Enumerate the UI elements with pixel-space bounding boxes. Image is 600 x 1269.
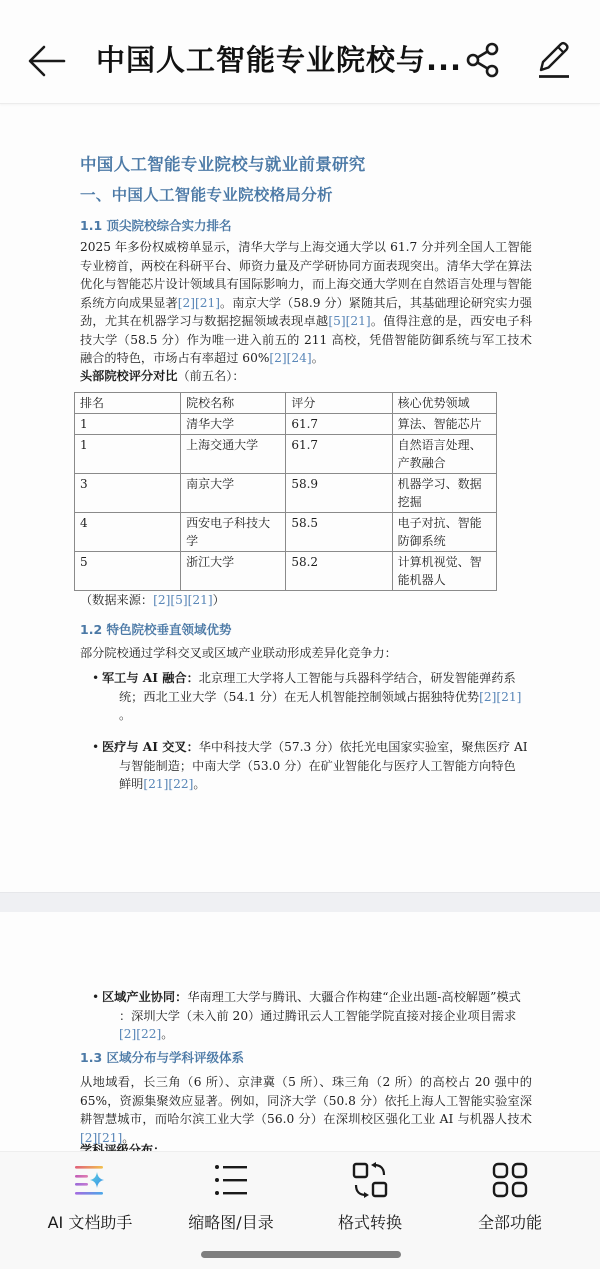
table-row: 3 南京大学 58.9 机器学习、数据挖掘 <box>75 474 497 513</box>
bullet-line: 统；西北工业大学（54.1 分）在无人机智能控制领域占据独特优势[2][21] <box>92 688 532 707</box>
subsection-heading-1-1: 1.1 顶尖院校综合实力排名 <box>80 216 232 234</box>
cell-strength: 计算机视觉、智能机器人 <box>392 552 496 591</box>
bullet-item-regional: • 区域产业协同：华南理工大学与腾讯、大疆合作构建“企业出题-高校解题”模式 ：… <box>92 988 532 1044</box>
table-row: 1 上海交通大学 61.7 自然语言处理、产教融合 <box>75 435 497 474</box>
cell-rank: 1 <box>75 414 181 435</box>
citation-link[interactable]: [2][24] <box>269 351 311 365</box>
citation-link[interactable]: [2][21] <box>479 690 521 704</box>
bullet-line: 医疗与 AI 交叉：华中科技大学（57.3 分）依托光电国家实验室，聚焦医疗 A… <box>92 738 532 757</box>
header-score: 评分 <box>286 393 392 414</box>
table-caption-bold: 头部院校评分对比 <box>80 369 178 383</box>
bullet-label: 区域产业协同： <box>102 990 187 1004</box>
citation-link[interactable]: [21][22] <box>143 777 193 791</box>
bullet-line: 军工与 AI 融合：北京理工大学将人工智能与兵器科学结合，研发智能弹药系 <box>92 669 532 688</box>
citation-link[interactable]: [2][22] <box>119 1027 161 1041</box>
list-icon <box>213 1162 249 1198</box>
citation-link[interactable]: [5][21] <box>328 314 370 328</box>
cell-school: 上海交通大学 <box>181 435 286 474</box>
bullet-text: 统；西北工业大学（54.1 分）在无人机智能控制领域占据独特优势 <box>119 690 479 704</box>
page-separator <box>0 892 600 913</box>
header-rank: 排名 <box>75 393 181 414</box>
paragraph-text: 从地域看，长三角（6 所）、京津冀（5 所）、珠三角（2 所）的高校占 20 强… <box>80 1075 532 1126</box>
cell-score: 58.2 <box>286 552 392 591</box>
thumbnail-toc-label: 缩略图/目录 <box>156 1210 306 1233</box>
header-strength: 核心优势领域 <box>392 393 496 414</box>
cell-strength: 自然语言处理、产教融合 <box>392 435 496 474</box>
share-icon <box>464 40 504 80</box>
bullet-text: ：深圳大学（未入前 20）通过腾讯云人工智能学院直接对接企业项目需求 <box>92 1007 532 1026</box>
cell-school: 浙江大学 <box>181 552 286 591</box>
cell-strength: 电子对抗、智能防御系统 <box>392 513 496 552</box>
ai-assistant-icon <box>72 1162 108 1198</box>
cell-score: 58.5 <box>286 513 392 552</box>
bullet-text: 。 <box>161 1027 173 1041</box>
table-source: （数据来源：[2][5][21]） <box>80 591 532 610</box>
bullet-dot: • <box>92 988 99 1007</box>
bullet-text: 鲜明 <box>119 777 143 791</box>
ai-assistant-button[interactable]: AI 文档助手 <box>15 1162 165 1242</box>
source-suffix: ） <box>213 593 225 607</box>
table-row: 1 清华大学 61.7 算法、智能芯片 <box>75 414 497 435</box>
table-caption: 头部院校评分对比（前五名）： <box>80 367 532 386</box>
bullet-dot: • <box>92 738 99 757</box>
cell-strength: 算法、智能芯片 <box>392 414 496 435</box>
paragraph-intro: 部分院校通过学科交叉或区域产业联动形成差异化竞争力： <box>80 644 532 663</box>
top-app-bar: 中国人工智能专业院校与... <box>0 0 600 104</box>
ai-assistant-label: AI 文档助手 <box>15 1210 165 1233</box>
pencil-icon <box>536 40 574 80</box>
bullet-text: 。 <box>193 777 205 791</box>
all-functions-label: 全部功能 <box>435 1210 585 1233</box>
cell-rank: 3 <box>75 474 181 513</box>
citation-link[interactable]: [2][21] <box>178 296 220 310</box>
cell-school: 清华大学 <box>181 414 286 435</box>
cell-rank: 5 <box>75 552 181 591</box>
bullet-text: 北京理工大学将人工智能与兵器科学结合，研发智能弹药系 <box>199 671 516 685</box>
edit-button[interactable] <box>536 40 574 80</box>
bullet-label: 军工与 AI 融合： <box>102 671 199 685</box>
format-convert-button[interactable]: 格式转换 <box>295 1162 445 1242</box>
table-row: 4 西安电子科技大学 58.5 电子对抗、智能防御系统 <box>75 513 497 552</box>
bullet-text: 华南理工大学与腾讯、大疆合作构建“企业出题-高校解题”模式 <box>187 990 520 1004</box>
doc-main-title: 中国人工智能专业院校与就业前景研究 <box>80 151 366 175</box>
paragraph-text: 。 <box>312 351 324 365</box>
document-title: 中国人工智能专业院校与... <box>96 38 466 79</box>
all-functions-button[interactable]: 全部功能 <box>435 1162 585 1242</box>
cell-rank: 4 <box>75 513 181 552</box>
paragraph-ranking: 2025 年多份权威榜单显示，清华大学与上海交通大学以 61.7 分并列全国人工… <box>80 238 532 368</box>
bottom-toolbar: AI 文档助手 缩略图/目录 格式转换 全部功能 <box>0 1151 600 1269</box>
bullet-line: 鲜明[21][22]。 <box>92 775 532 794</box>
subsection-heading-1-3: 1.3 区域分布与学科评级体系 <box>80 1048 244 1066</box>
section-heading-1: 一、中国人工智能专业院校格局分析 <box>80 183 333 205</box>
table-header-row: 排名 院校名称 评分 核心优势领域 <box>75 393 497 414</box>
subsection-heading-1-2: 1.2 特色院校垂直领域优势 <box>80 620 232 638</box>
bullet-text: 与智能制造；中南大学（53.0 分）在矿业智能化与医疗人工智能方向特色 <box>92 757 532 776</box>
header-school: 院校名称 <box>181 393 286 414</box>
cell-school: 南京大学 <box>181 474 286 513</box>
source-prefix: （数据来源： <box>80 593 153 607</box>
bullet-text: 。 <box>92 706 532 725</box>
citation-link[interactable]: [2][5][21] <box>153 593 213 607</box>
bullet-label: 医疗与 AI 交叉： <box>102 740 199 754</box>
thumbnail-toc-button[interactable]: 缩略图/目录 <box>156 1162 306 1242</box>
cell-score: 61.7 <box>286 435 392 474</box>
grid-icon <box>492 1162 528 1198</box>
table-row: 5 浙江大学 58.2 计算机视觉、智能机器人 <box>75 552 497 591</box>
share-button[interactable] <box>464 40 504 80</box>
bullet-line: [2][22]。 <box>92 1025 532 1044</box>
back-button[interactable] <box>26 40 68 82</box>
cell-score: 61.7 <box>286 414 392 435</box>
bullet-item-medical: • 医疗与 AI 交叉：华中科技大学（57.3 分）依托光电国家实验室，聚焦医疗… <box>92 738 532 794</box>
cell-school: 西安电子科技大学 <box>181 513 286 552</box>
bullet-text: 华中科技大学（57.3 分）依托光电国家实验室，聚焦医疗 AI <box>199 740 528 754</box>
bullet-line: 区域产业协同：华南理工大学与腾讯、大疆合作构建“企业出题-高校解题”模式 <box>92 988 532 1007</box>
cell-strength: 机器学习、数据挖掘 <box>392 474 496 513</box>
home-indicator[interactable] <box>201 1251 401 1258</box>
convert-icon <box>352 1162 388 1198</box>
bullet-dot: • <box>92 669 99 688</box>
table-caption-rest: （前五名）： <box>178 369 245 383</box>
paragraph-regional: 从地域看，长三角（6 所）、京津冀（5 所）、珠三角（2 所）的高校占 20 强… <box>80 1073 532 1147</box>
bullet-item-military: • 军工与 AI 融合：北京理工大学将人工智能与兵器科学结合，研发智能弹药系 统… <box>92 669 532 725</box>
cell-score: 58.9 <box>286 474 392 513</box>
arrow-left-icon <box>26 40 68 82</box>
scores-table: 排名 院校名称 评分 核心优势领域 1 清华大学 61.7 算法、智能芯片 1 … <box>74 392 497 591</box>
format-convert-label: 格式转换 <box>295 1210 445 1233</box>
cell-rank: 1 <box>75 435 181 474</box>
